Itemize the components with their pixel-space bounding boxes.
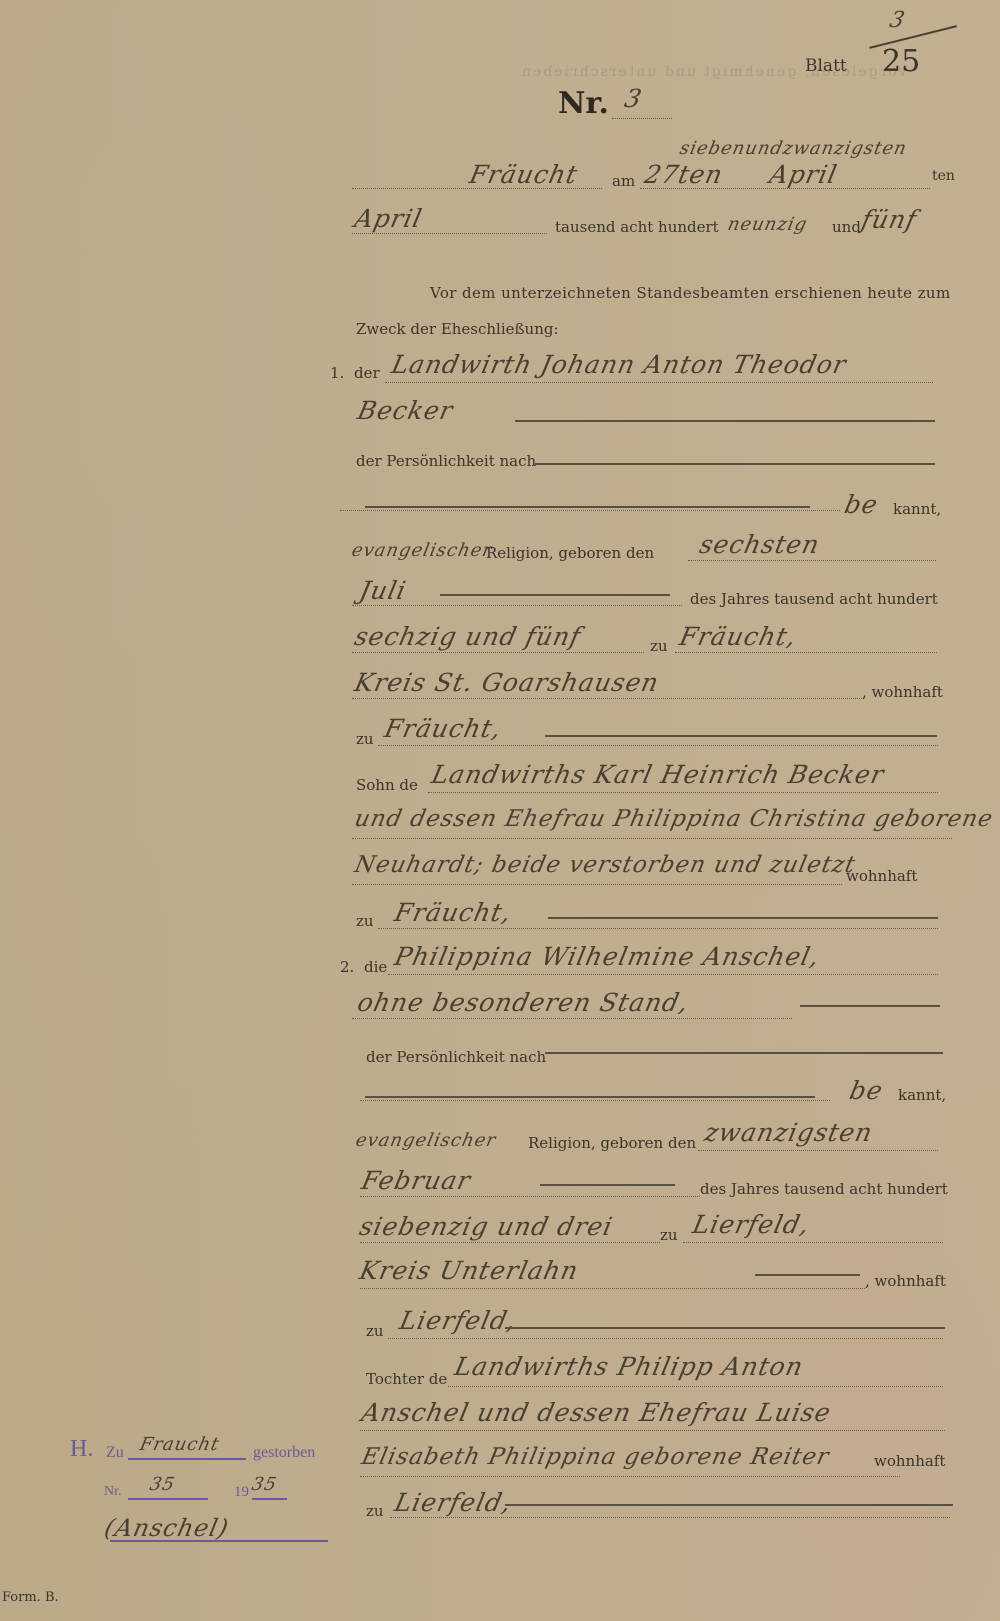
party2-religion: evangelischer <box>354 1130 498 1151</box>
intro-line1: Vor dem unterzeichneten Standesbeamten e… <box>430 284 951 302</box>
year-printed: tausend acht hundert <box>555 218 719 236</box>
party2-known-prefix: be <box>847 1076 886 1105</box>
party1-parents-residence: Fräucht, <box>392 898 515 927</box>
party1-known-suffix: kannt, <box>893 500 941 518</box>
party1-birth-district: Kreis St. Goarshausen <box>352 668 662 697</box>
margin-gestorben-label: gestorben <box>253 1444 315 1462</box>
party1-name-line1: Landwirth Johann Anton Theodor <box>389 350 849 379</box>
party1-birth-place: Fräucht, <box>677 622 800 651</box>
bleed-through-text: Vorgelesen, genehmigt und unterschrieben <box>520 64 908 80</box>
entry-number-value: 3 <box>622 84 645 113</box>
party2-article: die <box>364 958 387 976</box>
margin-nr-line <box>128 1498 208 1500</box>
party1-parents-line2: und dessen Ehefrau Philippina Christina … <box>352 806 995 832</box>
party1-parents-label: Sohn de <box>356 776 418 794</box>
party1-parents-wohnhaft-label: wohnhaft <box>846 867 917 885</box>
party1-residence: Fräucht, <box>382 714 505 743</box>
year-decade: neunzig <box>726 214 810 235</box>
party2-parents-residence: Lierfeld, <box>392 1488 515 1517</box>
margin-name-line <box>110 1540 328 1542</box>
party1-birth-year-words: sechzig und fünf <box>352 622 584 651</box>
margin-nr-label: Nr. <box>104 1484 122 1500</box>
month-line2: April <box>352 204 425 233</box>
place-name: Fräucht <box>467 160 581 189</box>
party1-identity-label: der Persönlichkeit nach <box>356 452 536 470</box>
party1-wohnhaft-label: , wohnhaft <box>862 683 943 701</box>
margin-year-prefix: 19 <box>234 1484 249 1501</box>
blatt-label: Blatt <box>805 56 847 76</box>
party2-residence: Lierfeld, <box>397 1306 520 1335</box>
party2-parents-line2: Anschel und dessen Ehefrau Luise <box>359 1398 834 1427</box>
party2-parents-zu: zu <box>366 1502 384 1520</box>
party1-birth-day: sechsten <box>697 530 823 559</box>
party2-residence-zu: zu <box>366 1322 384 1340</box>
party2-name-line1: Philippina Wilhelmine Anschel, <box>392 942 823 971</box>
party1-name-line2: Becker <box>355 396 456 425</box>
blatt-number: 25 <box>882 44 920 79</box>
day-words: siebenundzwanzigsten <box>678 138 909 159</box>
form-label: Form. B. <box>2 1590 59 1605</box>
party1-year-label: des Jahres tausend acht hundert <box>690 590 938 608</box>
party2-religion-label: Religion, geboren den <box>528 1134 696 1152</box>
intro-line2: Zweck der Eheschließung: <box>356 320 559 338</box>
party2-name-line2: ohne besonderen Stand, <box>355 988 692 1017</box>
margin-year-suffix: 35 <box>250 1474 279 1495</box>
party1-zu-label: zu <box>650 637 668 655</box>
party1-religion-label: Religion, geboren den <box>486 544 654 562</box>
party2-parents-label: Tochter de <box>366 1370 447 1388</box>
party1-known-prefix: be <box>842 490 881 519</box>
margin-stamp-letter: H. <box>70 1436 93 1463</box>
party1-parents-zu: zu <box>356 912 374 930</box>
margin-nr-value: 35 <box>148 1474 177 1495</box>
party2-number: 2. <box>340 958 354 976</box>
party2-year-label: des Jahres tausend acht hundert <box>700 1180 948 1198</box>
party1-number: 1. <box>330 364 344 382</box>
margin-zu-label: Zu <box>106 1444 124 1462</box>
party2-birth-year-words: siebenzig und drei <box>357 1212 616 1241</box>
ten-suffix: ten <box>932 168 955 184</box>
party2-parents-wohnhaft-label: wohnhaft <box>874 1452 945 1470</box>
year-unit: fünf <box>859 205 920 234</box>
party2-parents-line1: Landwirths Philipp Anton <box>452 1352 806 1381</box>
margin-name-in-parens: (Anschel) <box>102 1514 232 1542</box>
am-label: am <box>612 172 635 190</box>
party2-known-suffix: kannt, <box>898 1086 946 1104</box>
party1-parents-line1: Landwirths Karl Heinrich Becker <box>429 760 887 789</box>
entry-number-label: Nr. <box>558 86 609 121</box>
margin-place-handwritten: Fraucht <box>138 1434 222 1455</box>
margin-year-line <box>252 1498 287 1500</box>
und-label: und <box>832 218 861 236</box>
party2-birth-month: Februar <box>359 1166 474 1195</box>
party2-parents-line3: Elisabeth Philippina geborene Reiter <box>359 1444 832 1470</box>
party1-parents-line3: Neuhardt; beide verstorben und zuletzt <box>352 852 858 878</box>
party1-birth-month: Juli <box>357 576 409 605</box>
party2-zu-label: zu <box>660 1226 678 1244</box>
blatt-fraction-top: 3 <box>887 8 907 33</box>
party2-identity-label: der Persönlichkeit nach <box>366 1048 546 1066</box>
margin-place-line <box>128 1458 246 1460</box>
party1-religion: evangelischer <box>350 540 494 561</box>
party1-article: der <box>354 364 380 382</box>
month: April <box>767 160 840 189</box>
day-numeric: 27ten <box>642 160 726 189</box>
party2-birth-district: Kreis Unterlahn <box>357 1256 581 1285</box>
party1-residence-zu: zu <box>356 730 374 748</box>
party2-birth-day: zwanzigsten <box>702 1118 876 1147</box>
party2-wohnhaft-label: , wohnhaft <box>865 1272 946 1290</box>
party2-birth-place: Lierfeld, <box>690 1210 813 1239</box>
